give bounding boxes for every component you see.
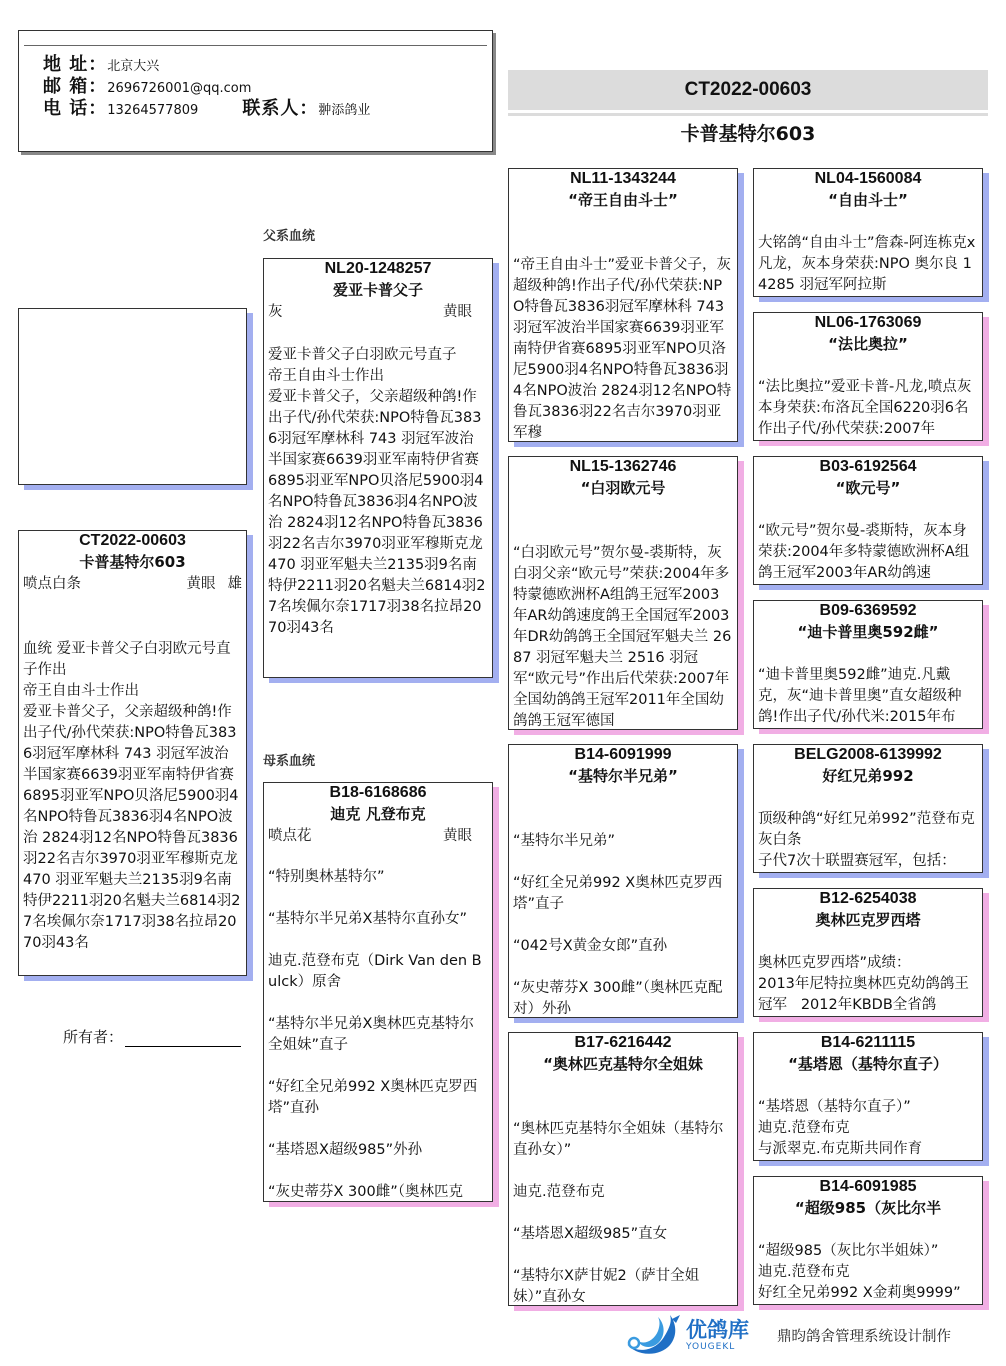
ggp-notes: “欧元号”贺尔曼-裘斯特，灰本身荣获:2004年多特蒙德欧洲杯A组鸽王冠军200… <box>758 521 978 584</box>
dam-color: 喷点花 <box>268 825 312 847</box>
page-title-name: 卡普基特尔603 <box>508 120 988 148</box>
gp-name: “奥林匹克基特尔全姐妹 <box>513 1053 733 1075</box>
dam-eye: 黄眼 <box>443 825 472 847</box>
sire-card: NL20-1248257 爱亚卡普父子 灰 黄眼 爱亚卡普父子白羽欧元号直子 帝… <box>263 258 493 678</box>
sire-line-label: 父系血统 <box>263 225 315 244</box>
ggp-name: “迪卡普里奥592雌” <box>758 621 978 643</box>
ggp-name: “欧元号” <box>758 477 978 499</box>
sire-eye: 黄眼 <box>443 301 472 323</box>
ggp-card-6: B12-6254038 奥林匹克罗西塔 奥林匹克罗西塔”成绩： 2013年尼特拉… <box>753 888 983 1017</box>
ggp-ring: B09-6369592 <box>758 601 978 621</box>
phone-label: 电 话： <box>43 98 107 119</box>
gp-ring: B17-6216442 <box>513 1033 733 1053</box>
ggp-card-8: B14-6091985 “超级985（灰比尔半 “超级985（灰比尔半姐妹）” … <box>753 1176 983 1305</box>
dam-meta: 喷点花 黄眼 <box>268 825 488 847</box>
subject-eye: 黄眼 <box>187 573 216 595</box>
contact-person-value: 翀添鸽业 <box>318 103 370 118</box>
phone-value: 13264577809 <box>107 103 198 118</box>
ggp-ring: NL04-1560084 <box>758 169 978 189</box>
ggp-ring: B12-6254038 <box>758 889 978 909</box>
sire-ring: NL20-1248257 <box>268 259 488 279</box>
address-row: 地 址：北京大兴 <box>43 55 159 77</box>
dam-line-label: 母系血统 <box>263 750 315 769</box>
gp-ring: NL15-1362746 <box>513 457 733 477</box>
gp-ring: NL11-1343244 <box>513 169 733 189</box>
subject-color: 喷点白条 <box>23 573 81 595</box>
phone-row: 电 话：13264577809 联系人：翀添鸽业 <box>43 99 370 121</box>
divider <box>24 45 487 46</box>
subject-sex: 雄 <box>228 573 243 595</box>
gp-notes: “奥林匹克基特尔全姐妹（基特尔直孙女）” 迪克.范登布克 “基塔恩X超级985”… <box>513 1119 733 1306</box>
ggp-notes: 奥林匹克罗西塔”成绩： 2013年尼特拉奥林匹克幼鸽鸽王冠军 2012年KBDB… <box>758 953 978 1016</box>
gp-name: “帝王自由斗士” <box>513 189 733 211</box>
email-label: 邮 箱： <box>43 76 107 97</box>
sire-meta: 灰 黄眼 <box>268 301 488 323</box>
gp-name: “白羽欧元号 <box>513 477 733 499</box>
maker-credit: 鼎昀鸽舍管理系统设计制作 <box>777 1325 951 1346</box>
ggp-ring: B03-6192564 <box>758 457 978 477</box>
gp-notes: “白羽欧元号”贺尔曼-裘斯特，灰 白羽父亲“欧元号”荣获:2004年多特蒙德欧洲… <box>513 543 733 730</box>
gp-notes: “帝王自由斗士”爱亚卡普父子，灰超级种鸽!作出子代/孙代荣获:NPO特鲁瓦383… <box>513 255 733 442</box>
brand: 优鸽库 YOUGEKL <box>686 1318 749 1352</box>
brand-logo-icon <box>620 1313 682 1357</box>
grandsire-maternal-card: B14-6091999 “基特尔半兄弟” “基特尔半兄弟” “好红全兄弟992 … <box>508 744 738 1018</box>
ggp-notes: “法比奥拉”爱亚卡普-凡龙,喷点灰本身荣获:布洛瓦全国6220羽6名作出子代/孙… <box>758 377 978 440</box>
contact-person-label: 联系人： <box>242 98 318 119</box>
ggp-name: “自由斗士” <box>758 189 978 211</box>
owner-field: 所有者： <box>63 1026 241 1047</box>
granddam-paternal-card: NL15-1362746 “白羽欧元号 “白羽欧元号”贺尔曼-裘斯特，灰 白羽父… <box>508 456 738 730</box>
page-title-ring: CT2022-00603 <box>508 70 988 110</box>
grandsire-paternal-card: NL11-1343244 “帝王自由斗士” “帝王自由斗士”爱亚卡普父子，灰超级… <box>508 168 738 442</box>
gp-name: “基特尔半兄弟” <box>513 765 733 787</box>
granddam-maternal-card: B17-6216442 “奥林匹克基特尔全姐妹 “奥林匹克基特尔全姐妹（基特尔直… <box>508 1032 738 1306</box>
contact-panel: 地 址：北京大兴 邮 箱：2696726001@qq.com 电 话：13264… <box>18 30 493 152</box>
owner-label: 所有者： <box>63 1026 123 1047</box>
address-value: 北京大兴 <box>107 59 159 74</box>
ggp-ring: B14-6211115 <box>758 1033 978 1053</box>
subject-meta: 喷点白条 黄眼雄 <box>23 573 242 595</box>
ggp-card-3: B03-6192564 “欧元号” “欧元号”贺尔曼-裘斯特，灰本身荣获:200… <box>753 456 983 585</box>
subject-ring: CT2022-00603 <box>23 531 242 551</box>
ggp-name: “法比奥拉” <box>758 333 978 355</box>
footer: 优鸽库 YOUGEKL 鼎昀鸽舍管理系统设计制作 <box>620 1310 951 1360</box>
ggp-name: “基塔恩（基特尔直子） <box>758 1053 978 1075</box>
dam-notes: “特别奥林基特尔” “基特尔半兄弟X基特尔直孙女” 迪克.范登布克（Dirk V… <box>268 867 488 1202</box>
ggp-notes: 顶级种鸽“好红兄弟992”范登布克 灰白条 子代7次十联盟赛冠军，包括： <box>758 809 978 872</box>
gp-notes: “基特尔半兄弟” “好红全兄弟992 X奥林匹克罗西塔”直子 “042号X黄金女… <box>513 831 733 1018</box>
sire-notes: 爱亚卡普父子白羽欧元号直子 帝王自由斗士作出 爱亚卡普父子，父亲超级种鸽!作出子… <box>268 345 488 639</box>
ggp-name: 好红兄弟992 <box>758 765 978 787</box>
sire-color: 灰 <box>268 301 283 323</box>
email-row: 邮 箱：2696726001@qq.com <box>43 77 251 99</box>
ggp-name: “超级985（灰比尔半 <box>758 1197 978 1219</box>
ggp-ring: B14-6091985 <box>758 1177 978 1197</box>
brand-name-en: YOUGEKL <box>686 1342 749 1352</box>
gp-ring: B14-6091999 <box>513 745 733 765</box>
ggp-notes: 大铭鸽“自由斗士”詹森-阿连栋克x凡龙，灰本身荣获:NPO 奥尔良 14285 … <box>758 233 978 296</box>
ggp-card-5: BELG2008-6139992 好红兄弟992 顶级种鸽“好红兄弟992”范登… <box>753 744 983 873</box>
subject-card: CT2022-00603 卡普基特尔603 喷点白条 黄眼雄 血统 爱亚卡普父子… <box>18 530 247 976</box>
ggp-notes: “超级985（灰比尔半姐妹）” 迪克.范登布克 好红全兄弟992 X金莉奥999… <box>758 1241 978 1304</box>
subject-name: 卡普基特尔603 <box>23 551 242 573</box>
ggp-card-4: B09-6369592 “迪卡普里奥592雌” “迪卡普里奥592雌”迪克.凡戴… <box>753 600 983 729</box>
ggp-card-2: NL06-1763069 “法比奥拉” “法比奥拉”爱亚卡普-凡龙,喷点灰本身荣… <box>753 312 983 441</box>
dam-name: 迪克 凡登布克 <box>268 803 488 825</box>
sire-name: 爱亚卡普父子 <box>268 279 488 301</box>
pigeon-photo <box>18 308 247 485</box>
owner-signature-line <box>125 1029 241 1047</box>
ggp-ring: NL06-1763069 <box>758 313 978 333</box>
ggp-ring: BELG2008-6139992 <box>758 745 978 765</box>
ggp-notes: “迪卡普里奥592雌”迪克.凡戴克，灰“迪卡普里奥”直女超级种鸽!作出子代/孙代… <box>758 665 978 728</box>
ggp-notes: “基塔恩（基特尔直子）” 迪克.范登布克 与派翠克.布克斯共同作育 <box>758 1097 978 1160</box>
ggp-card-7: B14-6211115 “基塔恩（基特尔直子） “基塔恩（基特尔直子）” 迪克.… <box>753 1032 983 1161</box>
email-value: 2696726001@qq.com <box>107 81 251 96</box>
ggp-name: 奥林匹克罗西塔 <box>758 909 978 931</box>
subject-notes: 血统 爱亚卡普父子白羽欧元号直子作出 帝王自由斗士作出 爱亚卡普父子，父亲超级种… <box>23 639 242 954</box>
brand-name: 优鸽库 <box>686 1318 749 1342</box>
ggp-card-1: NL04-1560084 “自由斗士” 大铭鸽“自由斗士”詹森-阿连栋克x凡龙，… <box>753 168 983 297</box>
dam-card: B18-6168686 迪克 凡登布克 喷点花 黄眼 “特别奥林基特尔” “基特… <box>263 782 493 1202</box>
title-divider <box>508 113 988 116</box>
dam-ring: B18-6168686 <box>268 783 488 803</box>
address-label: 地 址： <box>43 54 107 75</box>
